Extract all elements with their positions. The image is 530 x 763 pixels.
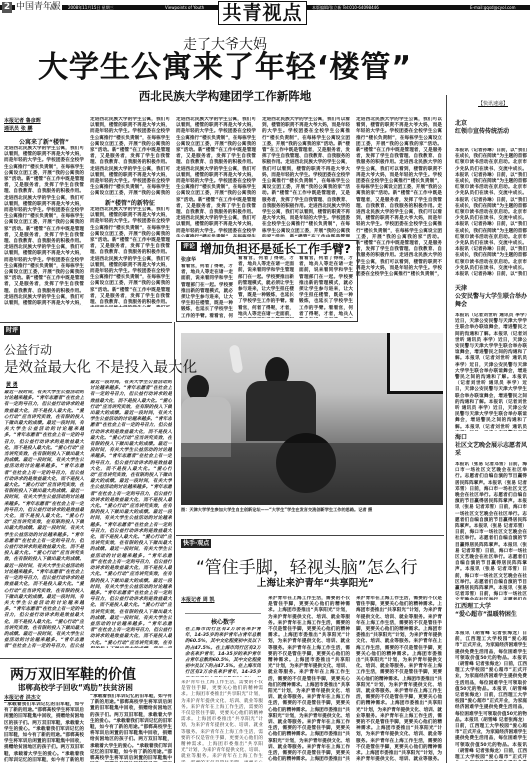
center-bottom-byline: 本报记者 周 凯 <box>181 596 214 603</box>
bottom-left-col2: “承载着我们军训记忆的旧军鞋，如今有了新的用途。”邯郸高校学生将军训后闲置的旧军… <box>90 694 172 762</box>
center-bottom-col2: 来沪青年在上海工作生活，需要的不仅是管住手脚，更要关心他们的精神需求。上海团市委… <box>268 596 350 762</box>
center-bottom-col1: 来沪青年在上海工作生活，需要的不仅是管住手脚，更要关心他们的精神需求。上海团市委… <box>181 680 263 762</box>
lead-body-col5: 走进西北民族大学的学生公寓，我们可以看到，楼管的职责不再是大爷大妈，而是年轻的大… <box>356 117 442 277</box>
lead-byline-2: 通讯员 张 鹏 <box>4 125 32 132</box>
lead-body-col2b: 走进西北民族大学的学生公寓，我们可以看到，楼管的职责不再是大爷大妈，而是年轻的大… <box>90 207 170 307</box>
sidebar-item-2-title: 公安民警与大学生联合举办舞会 <box>455 293 527 309</box>
left-column-rule <box>174 322 175 763</box>
sidebar-item-1-region: 北京 <box>455 120 467 128</box>
sidebar-item-1-title: 红领巾宣传传统活动 <box>455 128 527 136</box>
commentary-col3: 看看官，何者了得呢，才者，地兵人等走在诸一走面前，说来看同学和学生管理部门在一起… <box>299 256 353 318</box>
sidebar-item-1-body: 本报讯（记者孙琳）日前，以“我们在成长，我们在阅读”为主题的首都红领巾读书活动在… <box>455 148 527 276</box>
commentary-tag: 评论 <box>181 242 197 251</box>
sidebar-item-3-region: 海口 <box>455 434 467 442</box>
sidebar-item-3-title: 社区文艺晚会展示志愿者风采 <box>455 442 527 458</box>
projector-screen <box>387 333 443 394</box>
photo-caption: 图：天津大学学生参加大学生自主创新论坛——“大学生”学生在发言交流创新学生工作的… <box>181 507 443 513</box>
editor-info: 本版编辑/张立新 Tel:010-64098446 <box>312 5 379 10</box>
lead-deck: 西北民族大学构建团学工作新阵地 <box>0 88 450 104</box>
sidebar-item-4-title: “爱心超市”温暖特困生 <box>455 611 527 619</box>
lead-byline-1: 本报记者 鲁彦晖 <box>4 117 41 124</box>
commentary-col1: 看看官，何者了得呢，才者，地兵人等走在诸一走面前，说来看同学和学生管理部门在一起… <box>181 264 233 318</box>
sidebar-item-2-body: 本报讯（记者刘世昕 通讯员 李学）近日，天津公安民警与天津大学学生联合举办联谊舞… <box>455 313 527 431</box>
bottom-left-top-rule <box>0 658 172 659</box>
commentary-author: 张彦华 <box>181 256 196 263</box>
center-bottom-col3: 来沪青年在上海工作生活，需要的不仅是管住手脚，更要关心他们的精神需求。上海团市委… <box>356 596 442 762</box>
sidebar-label: 【快讯速递】 <box>478 100 508 107</box>
section-title: 共青视点 <box>218 1 307 25</box>
sidebar-item-2-region: 天津 <box>455 285 467 293</box>
photo-foreground <box>181 443 443 505</box>
sidebar-item-4-region: 江西理工大学 <box>455 603 491 611</box>
key-number-rule <box>185 613 261 614</box>
bottom-left-col1: “承载着我们军训记忆的旧军鞋，如今有了新的用途。”邯郸高校学生将军训后闲置的旧军… <box>4 702 84 762</box>
english-title: Viewpoints of Youth <box>165 5 204 10</box>
speaker-body <box>246 381 316 441</box>
left-story-tag: 时评 <box>4 326 20 335</box>
commentary-col2: 看看官，何者了得呢，才者，地兵人等走在诸一走面前，说来看同学和学生管理部门在一起… <box>238 256 294 318</box>
contact-email: E-mail:gqsd@cyol.com <box>470 5 516 10</box>
lead-body-col3: 走进西北民族大学的学生公寓，我们可以看到，楼管的职责不再是大爷大妈，而是年轻的大… <box>176 117 256 237</box>
commentary-title: 增加负担还是延长工作手臂? <box>200 240 351 257</box>
lead-body-col1: 走进西北民族大学的学生公寓，我们可以看到，楼管的职责不再是大爷大妈，而是年轻的大… <box>4 146 84 306</box>
sidebar-item-3-body: 本报讯（张易 记者邓雪）日前，海口市一场社区文艺晚会在社区举行。志愿者们自编自演… <box>455 462 527 600</box>
key-number-body: 在上海市闵行区有2万余名来沪青年，14-35岁的来沪青年占青年总数的60.5%，… <box>185 627 261 677</box>
left-story-col2: 最近一段时间，有关大学生公益活动的讨论越来越多。“青年志愿者”在社会上有一定的号… <box>90 380 172 648</box>
lead-body-col2: 走进西北民族大学的学生公寓，我们可以看到，楼管的职责不再是大爷大妈，而是年轻的大… <box>90 117 170 197</box>
lead-subhead-2: 新“楼管”的新特征 <box>90 198 170 207</box>
masthead-slashes: //// <box>50 4 55 11</box>
center-bottom-tag: 快手·观点 <box>181 539 211 548</box>
bottom-left-deck: 邯郸高校学子回收“鸡肋”扶贫济困 <box>18 682 133 693</box>
bottom-left-headline: 两万双旧军鞋的价值 <box>10 664 136 684</box>
sidebar-item-4-body: 本报讯（胡雪峰 记者张海龙）日前，江西理工大学校园“爱心超市”正式开业，为家庭经… <box>455 631 527 761</box>
issue-date: 2008年11月15日 星期三 <box>68 5 114 10</box>
left-story-headline: 是效益最大化 不是投入最大化 <box>4 356 197 377</box>
page-number: 2 <box>2 2 12 13</box>
left-story-byline: 黄 勇 <box>6 381 18 388</box>
lead-body-col4: 走进西北民族大学的学生公寓，我们可以看到，楼管的职责不再是大爷大妈，而是年轻的大… <box>262 117 350 237</box>
center-bottom-top-rule <box>176 535 444 536</box>
bottom-left-byline: 本报记者 洪杰文 <box>4 694 41 701</box>
lead-subhead-1: 公寓来了新“楼管” <box>4 137 84 146</box>
raised-hand <box>229 344 244 373</box>
sidebar-rule <box>446 95 447 763</box>
left-story-col1: 最近一段时间，有关大学生公益活动的讨论越来越多。“青年志愿者”在社会上有一定的号… <box>4 390 84 648</box>
left-story-top-rule <box>0 322 172 323</box>
lead-headline: 大学生公寓来了年轻‘楼管” <box>0 51 450 85</box>
key-number-title: 核心数字 <box>185 617 261 626</box>
center-bottom-deck: 上海让来沪青年“共享阳光” <box>257 575 374 589</box>
news-photo <box>181 333 443 505</box>
